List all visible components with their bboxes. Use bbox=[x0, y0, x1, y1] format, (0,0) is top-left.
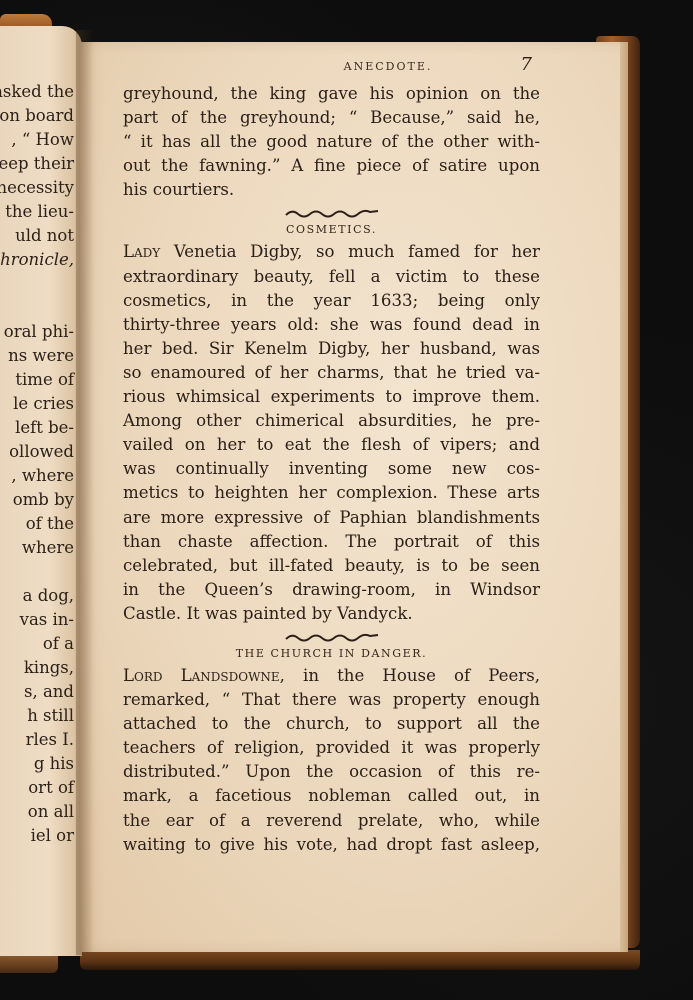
text-line: in the Queen’s drawing-room, in Windsor bbox=[123, 578, 540, 602]
text-line: Lady Venetia Digby, so much famed for he… bbox=[123, 240, 540, 264]
text-run: Venetia Digby, so much famed for her bbox=[160, 242, 540, 261]
text-line: mark, a facetious nobleman called out, i… bbox=[123, 784, 540, 808]
left-line: omb by bbox=[0, 488, 74, 512]
text-line: his courtiers. bbox=[123, 178, 540, 202]
page-stack-edge bbox=[620, 42, 628, 952]
text-line: teachers of religion, provided it was pr… bbox=[123, 736, 540, 760]
left-page: asked the on board , “ How eep their nec… bbox=[0, 26, 82, 956]
page-number: 7 bbox=[521, 54, 532, 75]
wavy-rule-ornament-icon bbox=[123, 202, 540, 220]
left-line: where bbox=[0, 536, 74, 560]
text-line: Among other chimerical absurdities, he p… bbox=[123, 409, 540, 433]
lead-small-caps: Lord Landsdowne, bbox=[123, 666, 285, 685]
section-title-cosmetics: COSMETICS. bbox=[123, 220, 540, 240]
left-gap bbox=[0, 272, 74, 320]
left-line: asked the bbox=[0, 80, 74, 104]
left-page-text: asked the on board , “ How eep their nec… bbox=[0, 80, 74, 848]
left-line: oral phi- bbox=[0, 320, 74, 344]
running-head: ANECDOTE. bbox=[80, 60, 620, 73]
text-line: than chaste affection. The portrait of t… bbox=[123, 530, 540, 554]
left-line: of a bbox=[0, 632, 74, 656]
text-line: distributed.” Upon the occasion of this … bbox=[123, 760, 540, 784]
text-line: her bed. Sir Kenelm Digby, her husband, … bbox=[123, 337, 540, 361]
text-line: the ear of a reverend prelate, who, whil… bbox=[123, 809, 540, 833]
right-page: ANECDOTE. 7 greyhound, the king gave his… bbox=[80, 42, 620, 952]
text-line: thirty-three years old: she was found de… bbox=[123, 313, 540, 337]
left-line: kings, bbox=[0, 656, 74, 680]
left-line: rles I. bbox=[0, 728, 74, 752]
text-line: remarked, “ That there was property enou… bbox=[123, 688, 540, 712]
running-head-text: ANECDOTE. bbox=[344, 60, 433, 73]
text-line: Lord Landsdowne, in the House of Peers, bbox=[123, 664, 540, 688]
left-line: ns were bbox=[0, 344, 74, 368]
left-line: ollowed bbox=[0, 440, 74, 464]
text-line: extraordinary beauty, fell a victim to t… bbox=[123, 265, 540, 289]
left-line: iel or bbox=[0, 824, 74, 848]
left-line: g his bbox=[0, 752, 74, 776]
text-line: Castle. It was painted by Vandyck. bbox=[123, 602, 540, 626]
left-line: , “ How bbox=[0, 128, 74, 152]
left-line: Chronicle, bbox=[0, 248, 74, 272]
left-line: le cries bbox=[0, 392, 74, 416]
left-line: h still bbox=[0, 704, 74, 728]
text-line: metics to heighten her complexion. These… bbox=[123, 481, 540, 505]
left-line: the lieu- bbox=[0, 200, 74, 224]
text-line: greyhound, the king gave his opinion on … bbox=[123, 82, 540, 106]
left-line: vas in- bbox=[0, 608, 74, 632]
section-title-church: THE CHURCH IN DANGER. bbox=[123, 644, 540, 664]
text-line: rious whimsical experiments to improve t… bbox=[123, 385, 540, 409]
text-line: was continually inventing some new cos- bbox=[123, 457, 540, 481]
left-line: eep their bbox=[0, 152, 74, 176]
left-gap bbox=[0, 560, 74, 584]
page-body: greyhound, the king gave his opinion on … bbox=[123, 82, 540, 857]
left-line: , where bbox=[0, 464, 74, 488]
text-line: “ it has all the good nature of the othe… bbox=[123, 130, 540, 154]
left-line: s, and bbox=[0, 680, 74, 704]
text-line: part of the greyhound; “ Because,” said … bbox=[123, 106, 540, 130]
left-line: necessity bbox=[0, 176, 74, 200]
text-line: cosmetics, in the year 1633; being only bbox=[123, 289, 540, 313]
left-line: left be- bbox=[0, 416, 74, 440]
text-line: waiting to give his vote, had dropt fast… bbox=[123, 833, 540, 857]
book-cover-bottom-left bbox=[0, 955, 58, 973]
text-line: so enamoured of her charms, that he trie… bbox=[123, 361, 540, 385]
left-line: time of bbox=[0, 368, 74, 392]
left-line: a dog, bbox=[0, 584, 74, 608]
left-line: uld not bbox=[0, 224, 74, 248]
lead-small-caps: Lady bbox=[123, 242, 160, 261]
wavy-rule-ornament-icon bbox=[123, 626, 540, 644]
left-line: on all bbox=[0, 800, 74, 824]
text-line: attached to the church, to support all t… bbox=[123, 712, 540, 736]
text-run: in the House of Peers, bbox=[285, 666, 540, 685]
text-line: out the fawning.” A fine piece of satire… bbox=[123, 154, 540, 178]
text-line: vailed on her to eat the flesh of vipers… bbox=[123, 433, 540, 457]
book-cover-bottom-edge bbox=[80, 950, 640, 970]
text-line: celebrated, but ill-fated beauty, is to … bbox=[123, 554, 540, 578]
text-line: are more expressive of Paphian blandishm… bbox=[123, 506, 540, 530]
left-line: on board bbox=[0, 104, 74, 128]
gutter-shadow bbox=[76, 30, 94, 955]
left-line: of the bbox=[0, 512, 74, 536]
left-line: ort of bbox=[0, 776, 74, 800]
